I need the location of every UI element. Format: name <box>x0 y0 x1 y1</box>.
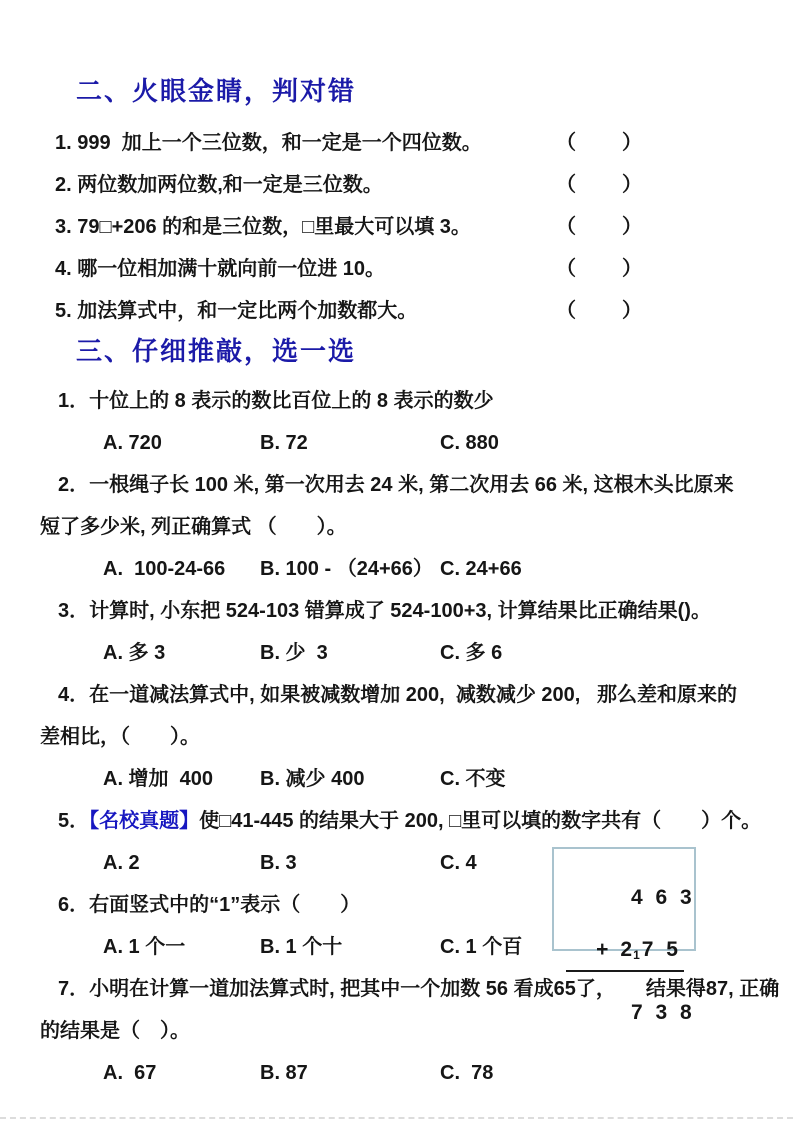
tf-item-text: 3. 79□+206 的和是三位数，□里最大可以填 3。 <box>55 216 471 238</box>
mcq-question-1: 1．十位上的 8 表示的数比百位上的 8 表示的数少A. 720B. 72C. … <box>40 380 753 464</box>
tf-item-text: 5. 加法算式中，和一定比两个加数都大。 <box>55 300 417 322</box>
calc-sum: 7 3 8 <box>554 974 694 1052</box>
options-row: A. 67B. 87C. 78 <box>103 1052 753 1094</box>
option-b: B. 72 <box>260 422 440 464</box>
question-line: 4．在一道减法算式中, 如果被减数增加 200, 减数减少 200, 那么差和原… <box>40 674 753 716</box>
vertical-calculation-box: 4 6 3 +217 5 7 3 8 <box>552 847 696 951</box>
question-text: 在一道减法算式中, 如果被减数增加 200, 减数减少 200, 那么差和原来的 <box>89 684 737 706</box>
plus-sign: + <box>596 938 608 961</box>
tf-item-3: 3. 79□+206 的和是三位数，□里最大可以填 3。（ ） <box>40 206 753 248</box>
option-a: A. 67 <box>103 1052 260 1094</box>
option-c: C. 78 <box>440 1052 753 1094</box>
options-row: A. 720B. 72C. 880 <box>103 422 753 464</box>
mcq-question-3: 3．计算时, 小东把 524-103 错算成了 524-100+3, 计算结果比… <box>40 590 753 674</box>
question-number: 7． <box>58 978 89 1000</box>
option-a: A. 720 <box>103 422 260 464</box>
question-text: 右面竖式中的“1”表示（ ） <box>89 894 360 916</box>
question-number: 3． <box>58 600 89 622</box>
tf-answer-blank: （ ） <box>556 164 644 206</box>
calc-sum-digits: 7 3 8 <box>631 1001 692 1024</box>
option-a: A. 多 3 <box>103 632 260 674</box>
tf-item-4: 4. 哪一位相加满十就向前一位进 10。（ ） <box>40 248 753 290</box>
option-c: C. 880 <box>440 422 753 464</box>
question-number: 5． <box>58 810 89 832</box>
option-a: A. 2 <box>103 842 260 884</box>
option-b: B. 87 <box>260 1052 440 1094</box>
tf-answer-blank: （ ） <box>556 248 644 290</box>
question-line: 1．十位上的 8 表示的数比百位上的 8 表示的数少 <box>40 380 753 422</box>
calc-top-addend: 4 6 3 <box>554 859 694 937</box>
option-b: B. 100 - （24+66） <box>260 548 440 590</box>
question-line-wrap: 差相比，（ ）。 <box>40 716 753 758</box>
tf-item-2: 2. 两位数加两位数,和一定是三位数。（ ） <box>40 164 753 206</box>
question-line: 2．一根绳子长 100 米, 第一次用去 24 米, 第二次用去 66 米, 这… <box>40 464 753 506</box>
section-true-false-title: 二、火眼金睛，判对错 <box>40 0 753 106</box>
question-number: 2． <box>58 474 89 496</box>
question-text: 十位上的 8 表示的数比百位上的 8 表示的数少 <box>89 390 493 412</box>
tf-item-text: 2. 两位数加两位数,和一定是三位数。 <box>55 174 383 196</box>
mcq-question-2: 2．一根绳子长 100 米, 第一次用去 24 米, 第二次用去 66 米, 这… <box>40 464 753 590</box>
question-text: 计算时, 小东把 524-103 错算成了 524-100+3, 计算结果比正确… <box>89 600 711 622</box>
option-b: B. 少 3 <box>260 632 440 674</box>
calc-rule-line <box>566 970 684 972</box>
true-false-list: 1. 999 加上一个三位数，和一定是一个四位数。（ ）2. 两位数加两位数,和… <box>40 122 753 332</box>
option-b: B. 3 <box>260 842 440 884</box>
option-a: A. 增加 400 <box>103 758 260 800</box>
question-text: 使□41-445 的结果大于 200, □里可以填的数字共有（ ）个。 <box>199 810 761 832</box>
question-number: 1． <box>58 390 89 412</box>
tf-answer-blank: （ ） <box>556 290 644 332</box>
option-c: C. 不变 <box>440 758 753 800</box>
question-number: 6． <box>58 894 89 916</box>
tf-answer-blank: （ ） <box>556 206 644 248</box>
tf-item-5: 5. 加法算式中，和一定比两个加数都大。（ ） <box>40 290 753 332</box>
page-bottom-edge <box>0 1117 793 1119</box>
worksheet-page: 二、火眼金睛，判对错 1. 999 加上一个三位数，和一定是一个四位数。（ ）2… <box>0 0 793 1121</box>
tf-item-1: 1. 999 加上一个三位数，和一定是一个四位数。（ ） <box>40 122 753 164</box>
calc-bottom-lead-digit: 2 <box>620 938 632 961</box>
calc-top-addend-digits: 4 6 3 <box>631 886 692 909</box>
options-row: A. 100-24-66B. 100 - （24+66）C. 24+66 <box>103 548 753 590</box>
calc-bottom-rest-digits: 7 5 <box>642 938 678 961</box>
options-row: A. 增加 400B. 减少 400C. 不变 <box>103 758 753 800</box>
tf-item-text: 4. 哪一位相加满十就向前一位进 10。 <box>55 258 385 280</box>
calc-bottom-addend: +217 5 <box>554 937 694 968</box>
mcq-question-4: 4．在一道减法算式中, 如果被减数增加 200, 减数减少 200, 那么差和原… <box>40 674 753 800</box>
question-number: 4． <box>58 684 89 706</box>
option-b: B. 1 个十 <box>260 926 440 968</box>
tf-answer-blank: （ ） <box>556 122 644 164</box>
option-a: A. 100-24-66 <box>103 548 260 590</box>
section-multiple-choice-title: 三、仔细推敲，选一选 <box>40 336 753 366</box>
carry-digit: 1 <box>633 948 640 962</box>
option-c: C. 多 6 <box>440 632 753 674</box>
source-badge: 【名校真题】 <box>89 810 199 832</box>
option-a: A. 1 个一 <box>103 926 260 968</box>
question-text: 一根绳子长 100 米, 第一次用去 24 米, 第二次用去 66 米, 这根木… <box>89 474 734 496</box>
options-row: A. 多 3B. 少 3C. 多 6 <box>103 632 753 674</box>
tf-item-text: 1. 999 加上一个三位数，和一定是一个四位数。 <box>55 132 482 154</box>
option-b: B. 减少 400 <box>260 758 440 800</box>
question-line: 3．计算时, 小东把 524-103 错算成了 524-100+3, 计算结果比… <box>40 590 753 632</box>
question-line: 5．【名校真题】使□41-445 的结果大于 200, □里可以填的数字共有（ … <box>40 800 753 842</box>
question-line-wrap: 短了多少米, 列正确算式 （ ）。 <box>40 506 753 548</box>
option-c: C. 24+66 <box>440 548 753 590</box>
